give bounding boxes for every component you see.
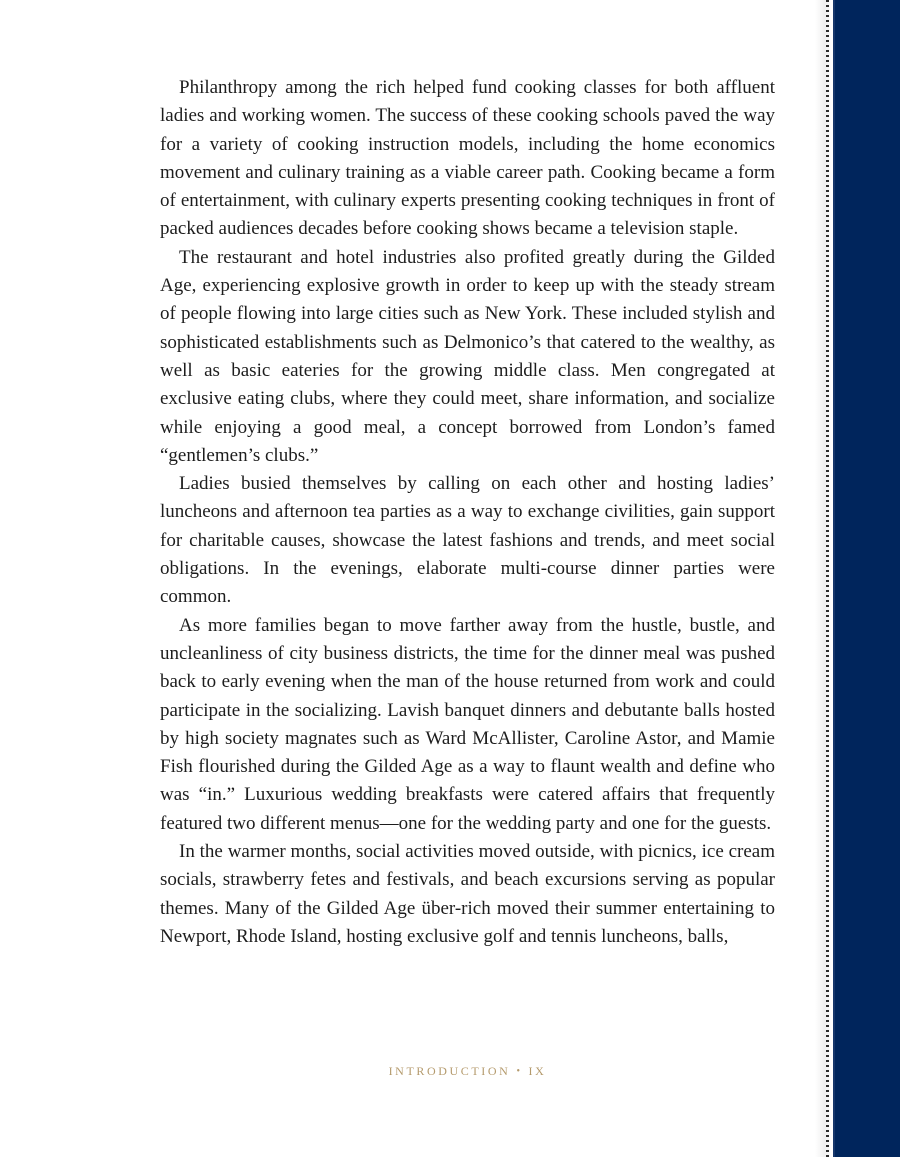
- navy-page-edge-band: [833, 0, 900, 1157]
- footer-separator-dot: •: [516, 1066, 522, 1077]
- perforation-dotted-line: [826, 0, 829, 1157]
- body-paragraph: As more families began to move farther a…: [160, 612, 775, 838]
- body-paragraph: Ladies busied themselves by calling on e…: [160, 470, 775, 611]
- body-paragraph: The restaurant and hotel industries also…: [160, 244, 775, 470]
- running-footer: INTRODUCTION•IX: [160, 1064, 775, 1079]
- body-paragraph: Philanthropy among the rich helped fund …: [160, 74, 775, 244]
- footer-page-number: IX: [529, 1064, 547, 1078]
- book-page-text: Philanthropy among the rich helped fund …: [160, 74, 775, 951]
- binding-gutter-shadow: [815, 0, 833, 1157]
- body-paragraph: In the warmer months, social activities …: [160, 838, 775, 951]
- footer-section-label: INTRODUCTION: [389, 1064, 511, 1078]
